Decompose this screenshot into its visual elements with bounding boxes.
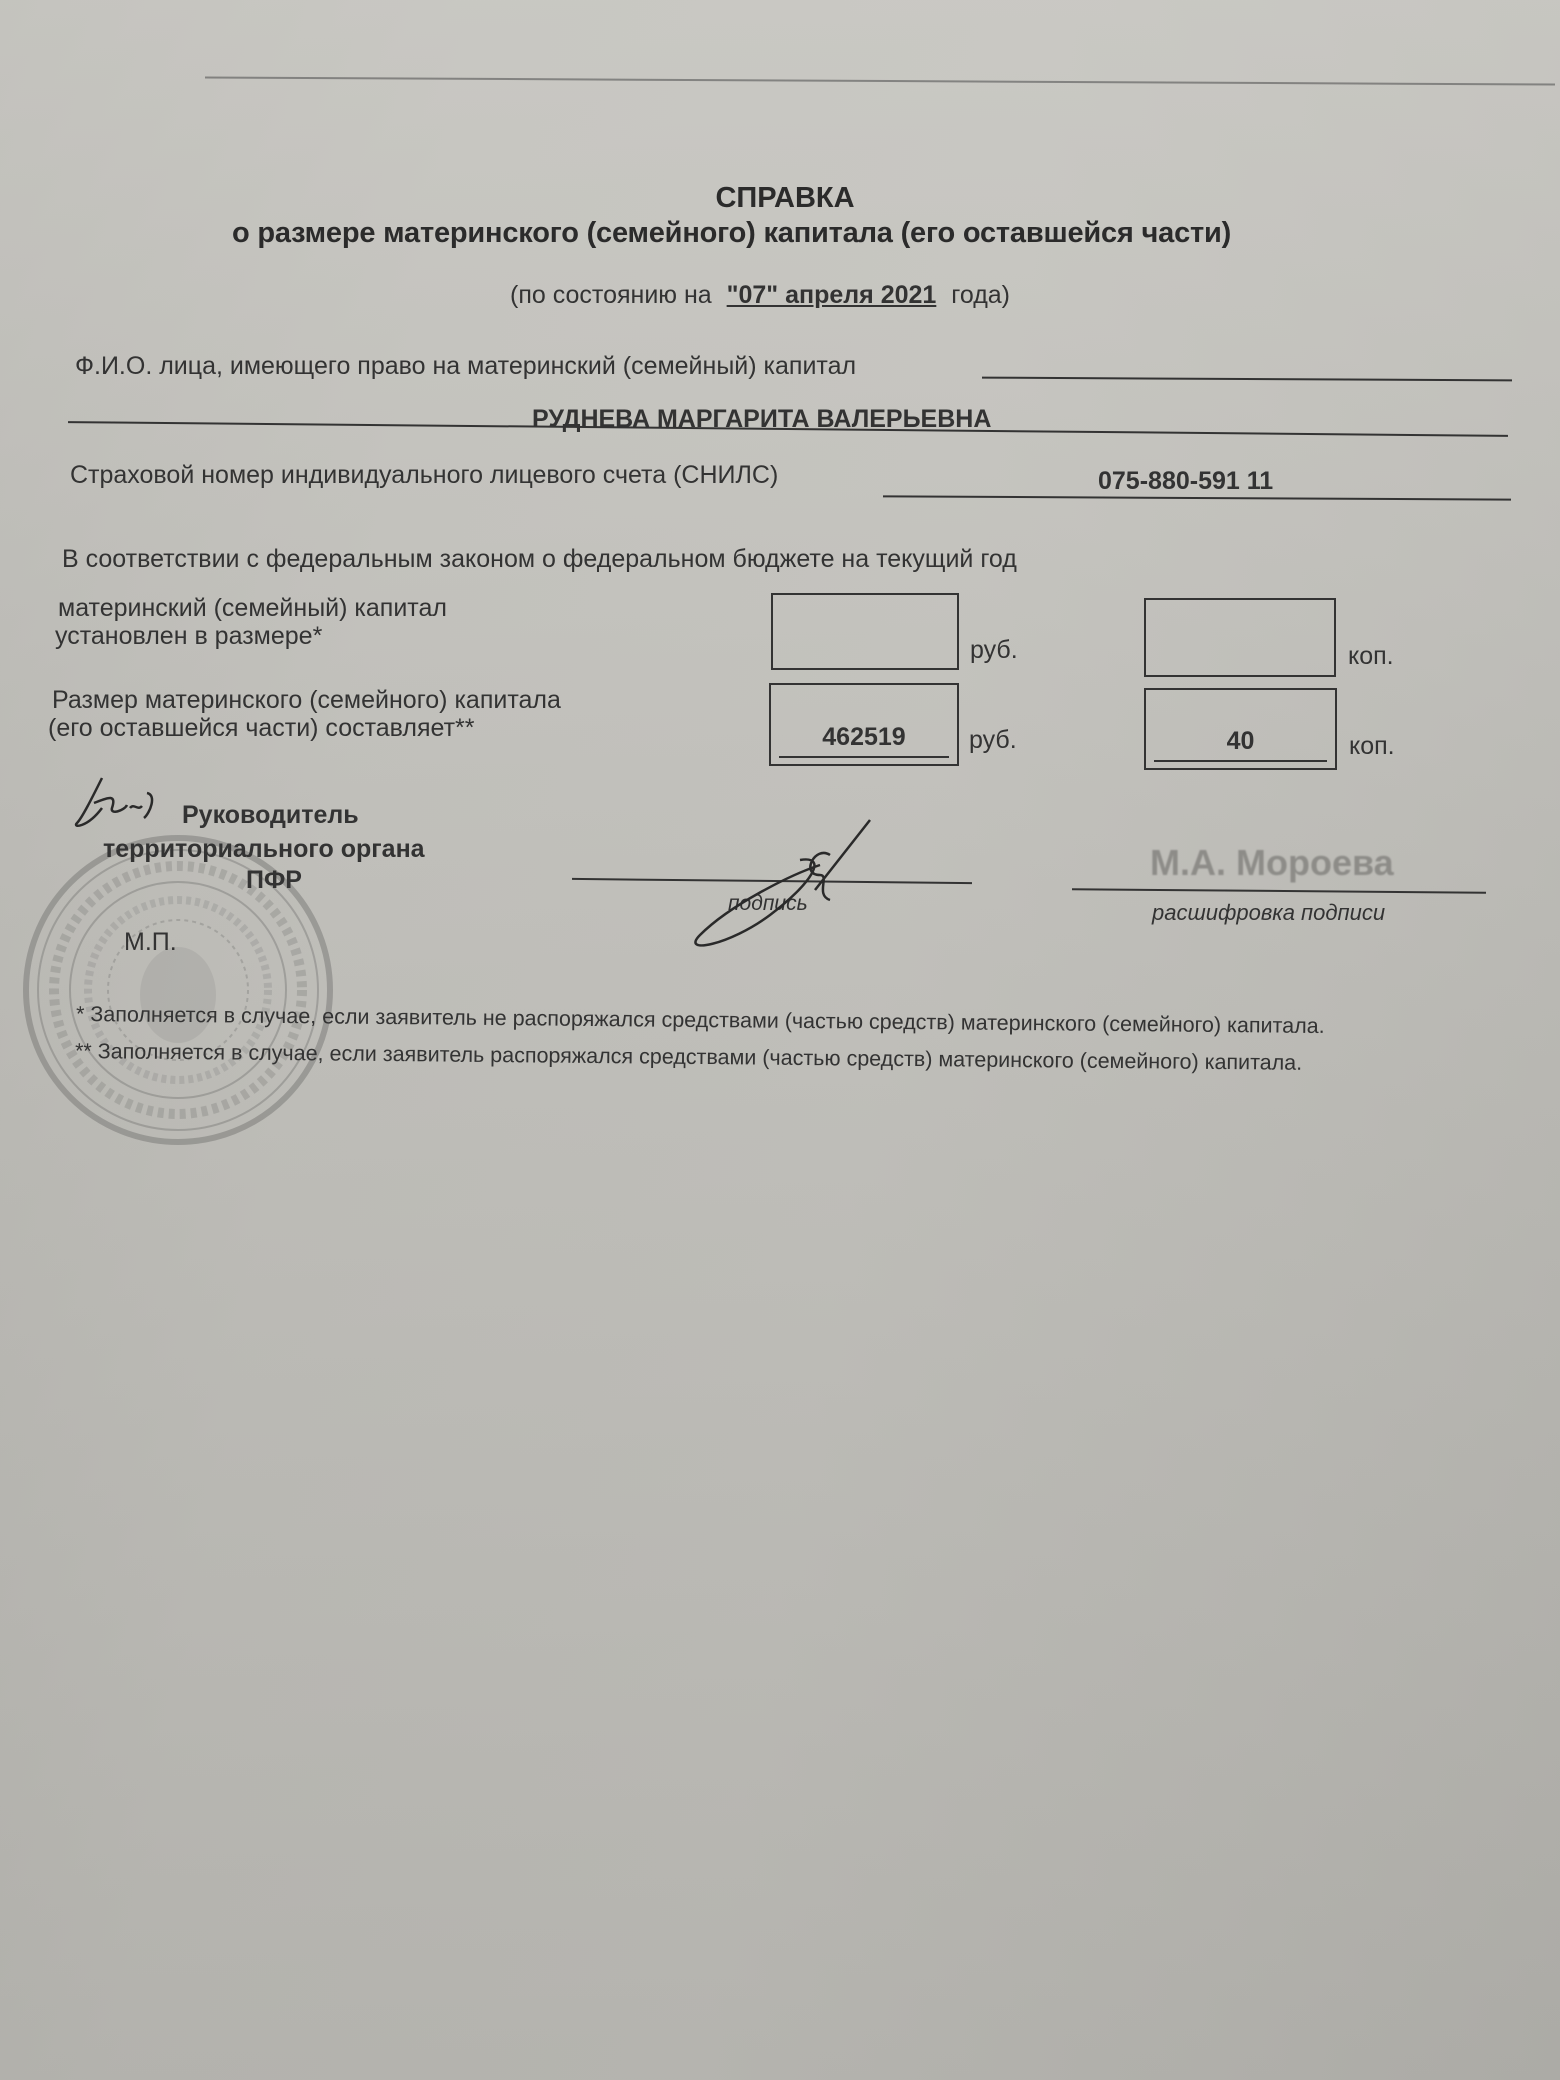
document-page: СПРАВКА о размере материнского (семейног… [0, 0, 1560, 2080]
document-title: СПРАВКА [0, 182, 1560, 215]
snils-rule [883, 495, 1511, 500]
as-of-suffix: года) [951, 281, 1010, 309]
signatory-line-2: территориального органа [103, 835, 425, 864]
remaining-label-1: Размер материнского (семейного) капитала [52, 686, 561, 715]
established-label-2: установлен в размере* [55, 622, 322, 651]
established-kop-box [1144, 598, 1336, 677]
document-subtitle: о размере материнского (семейного) капит… [232, 217, 1231, 250]
established-kop-unit: коп. [1348, 642, 1394, 671]
remaining-kop-underline [1154, 760, 1327, 762]
remaining-kop-value: 40 [1146, 727, 1335, 756]
snils-label: Страховой номер индивидуального лицевого… [70, 461, 778, 490]
as-of-prefix: (по состоянию на [510, 281, 712, 309]
top-rule [205, 76, 1555, 85]
remaining-rub-unit: руб. [969, 726, 1017, 755]
law-text: В соответствии с федеральным законом о ф… [62, 545, 1017, 574]
remaining-kop-box: 40 [1144, 688, 1337, 770]
established-label-1: материнский (семейный) капитал [58, 594, 447, 623]
remaining-rub-underline [779, 756, 949, 758]
signatory-line-1: Руководитель [182, 801, 359, 830]
initials-signature-icon [72, 773, 172, 833]
as-of-date: "07" апреля 2021 [727, 281, 937, 309]
name-rule [1072, 888, 1486, 894]
name-caption: расшифровка подписи [1152, 900, 1385, 926]
remaining-rub-box: 462519 [769, 683, 959, 766]
remaining-rub-value: 462519 [771, 723, 957, 752]
seal-label: М.П. [124, 928, 177, 957]
snils-value: 075-880-591 11 [1098, 467, 1273, 496]
fio-label-rule [982, 377, 1512, 382]
signatory-line-3: ПФР [246, 866, 302, 895]
printed-name: М.А. Мороева [1150, 842, 1394, 884]
remaining-label-2: (его оставшейся части) составляет** [48, 714, 475, 743]
established-rub-box [771, 593, 959, 670]
fio-label: Ф.И.О. лица, имеющего право на материнск… [75, 352, 856, 381]
as-of-line: (по состоянию на "07" апреля 2021 года) [510, 281, 1010, 310]
established-rub-unit: руб. [970, 636, 1018, 665]
remaining-kop-unit: коп. [1349, 732, 1395, 761]
handwritten-signature-icon [670, 815, 880, 955]
